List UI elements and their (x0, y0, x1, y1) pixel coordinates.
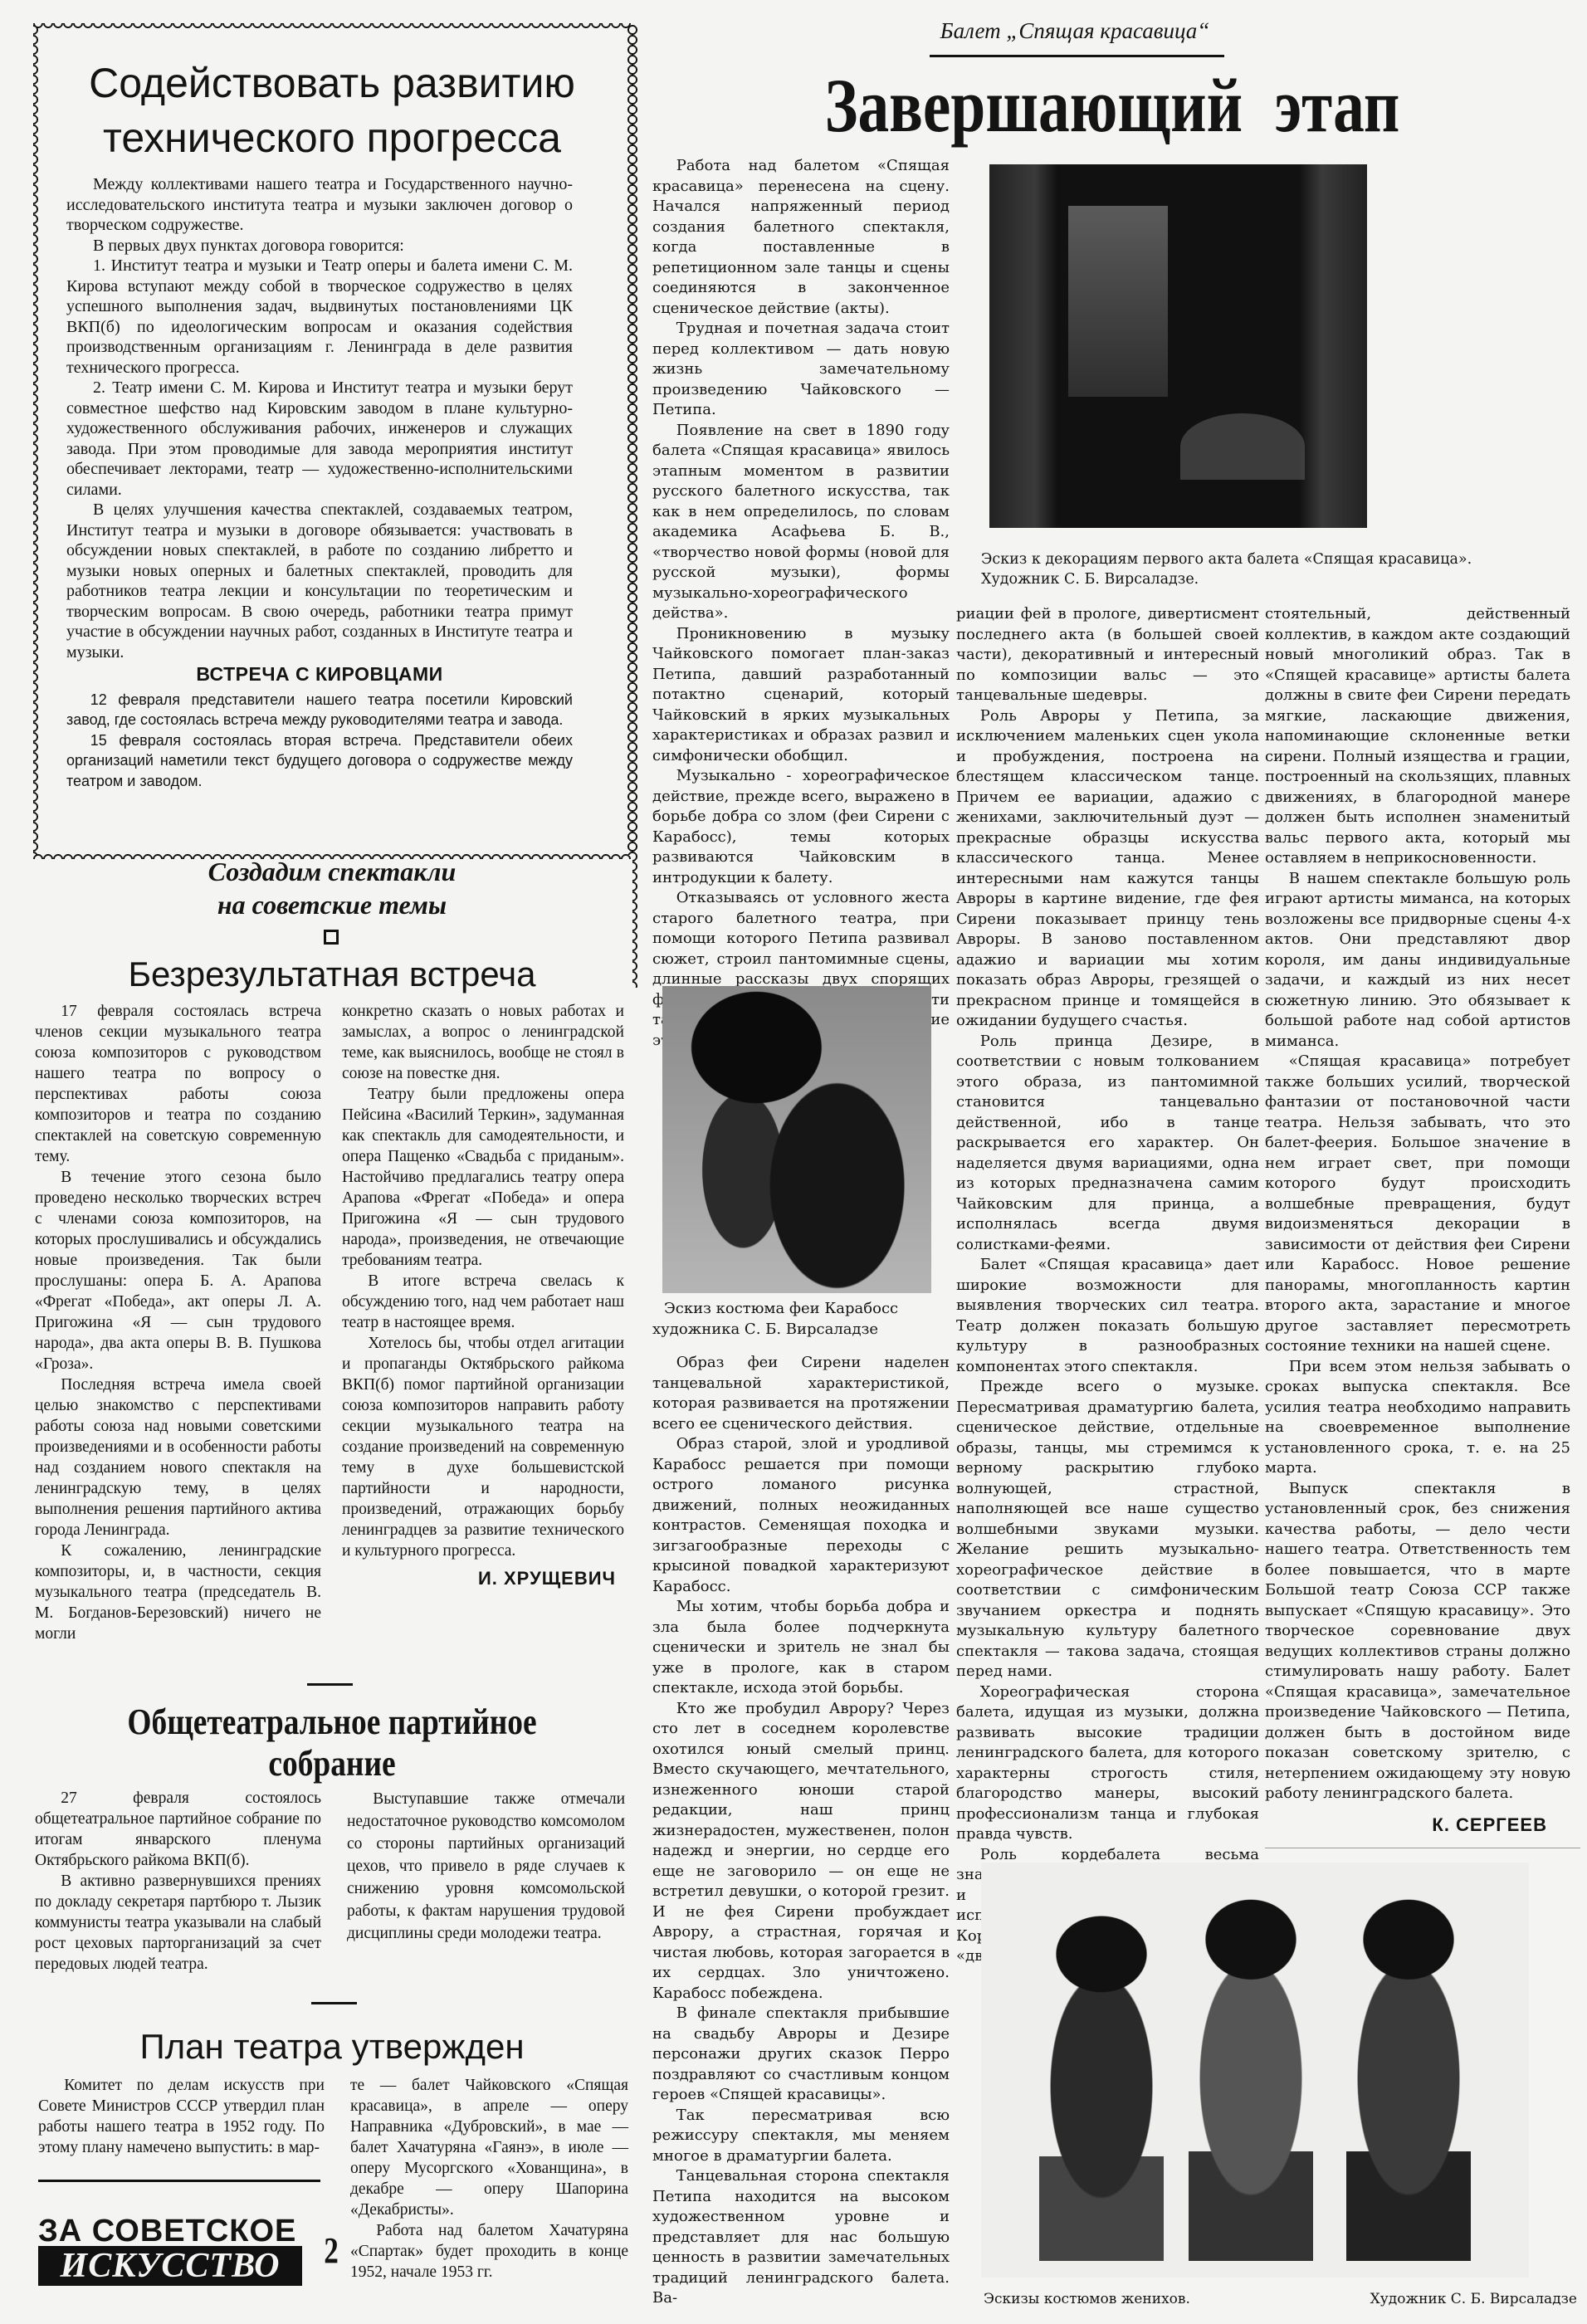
figure-suitor-2 (1189, 1896, 1313, 2261)
photo-set-detail (1180, 413, 1305, 480)
figure-suitor-1 (1039, 1912, 1164, 2261)
photo-set-caption-line1: Эскиз к декорациям первого акта балета «… (981, 549, 1579, 569)
paragraph: Хотелось бы, чтобы отдел агитации и проп… (342, 1333, 624, 1561)
paragraph: К сожалению, ленинградские композиторы, … (35, 1540, 321, 1644)
article-meeting-col1: 17 февраля состоялась встреча членов сек… (35, 1001, 321, 1644)
article-party-title-line1: Общетеатральное партийное (78, 1701, 586, 1743)
paragraph: 2. Театр имени С. М. Кирова и Институт т… (66, 378, 573, 500)
paragraph: Появление на свет в 1890 году балета «Сп… (652, 421, 950, 624)
photo-set-caption-line2: Художник С. Б. Вирсаладзе. (981, 569, 1579, 589)
photo-carabosse-costume-sketch (662, 986, 931, 1293)
article-party-title-line2: собрание (78, 1743, 586, 1784)
paragraph: Балет «Спящая красавица» дает широкие во… (956, 1255, 1259, 1377)
paragraph: Выступавшие также отмечали недостаточное… (347, 1788, 625, 1945)
box-border-top (33, 23, 631, 32)
paragraph: 27 февраля состоялось общетеатральное па… (35, 1788, 321, 1871)
paragraph: Трудная и почетная задача стоит перед ко… (652, 319, 950, 421)
paragraph: 17 февраля состоялась встреча членов сек… (35, 1001, 321, 1167)
paragraph: Театру были предложены опера Пейсина «Ва… (342, 1084, 624, 1271)
paragraph: Последняя встреча имела своей целью знак… (35, 1374, 321, 1540)
photo-suitors-caption: Эскизы костюмов женихов. (984, 2289, 1282, 2309)
paragraph: Проникновению в музыку Чайковского помог… (652, 624, 950, 767)
paragraph: Прежде всего о музыке. Пересматривая дра… (956, 1377, 1259, 1682)
paragraph: В течение этого сезона было проведено не… (35, 1167, 321, 1374)
article-ballet-kicker: Балет „Спящая красавица“ (896, 18, 1253, 44)
author-sergeev: К. СЕРГЕЕВ (1265, 1814, 1547, 1836)
divider (38, 2180, 320, 2182)
paragraph: Мы хотим, чтобы борьба добра и зла была … (652, 1597, 950, 1699)
paragraph: В итоге встреча свелась к обсуждению тог… (342, 1271, 624, 1333)
paragraph: 1. Институт театра и музыки и Театр опер… (66, 256, 573, 378)
article-plan-col2: те — балет Чайковского «Спящая красавица… (350, 2075, 628, 2282)
paragraph: те — балет Чайковского «Спящая красавица… (350, 2075, 628, 2220)
figure-suitor-3 (1346, 1896, 1471, 2261)
article-tech-title-line1: Содействовать развитию (50, 58, 614, 108)
paragraph: Так пересматривая всю режиссуру спектакл… (652, 2106, 950, 2167)
paragraph: В нашем спектакле большую роль играют ар… (1265, 869, 1570, 1052)
paragraph: В финале спектакля прибывшие на свадьбу … (652, 2004, 950, 2106)
square-ornament-icon (324, 930, 339, 945)
paragraph: Образ феи Сирени наделен танцевальной ха… (652, 1353, 950, 1434)
article-ballet-col3: стоятельный, действенный коллектив, в ка… (1265, 604, 1570, 1804)
paragraph: Хореографическая сторона балета, идущая … (956, 1682, 1259, 1845)
photo-carabosse-caption-line2: художника С. Б. Вирсаладзе (652, 1320, 943, 1340)
paragraph: В первых двух пунктах договора говорится… (66, 236, 573, 256)
paragraph: Роль принца Дезире, в соответствии с нов… (956, 1032, 1259, 1256)
paragraph: Кто же пробудил Аврору? Через сто лет в … (652, 1699, 950, 2004)
paragraph: Танцевальная сторона спектакля Петипа на… (652, 2166, 950, 2309)
photo-suitors-costume-sketches (981, 1863, 1529, 2278)
box-border-left (33, 25, 42, 855)
photo-carabosse-caption-line1: Эскиз костюма феи Карабосс (664, 1299, 946, 1319)
article-tech-title-line2: технического прогресса (50, 113, 614, 163)
kicker-underline (930, 55, 1224, 57)
divider (307, 1683, 353, 1686)
photo-set-detail (1068, 206, 1168, 397)
article-ballet-col1: Работа над балетом «Спящая красавица» пе… (652, 156, 950, 1051)
article-meeting-title: Безрезультатная встреча (50, 953, 614, 996)
paragraph: Работа над балетом Хачатуряна «Спартак» … (350, 2220, 628, 2282)
paragraph: стоятельный, действенный коллектив, в ка… (1265, 604, 1570, 869)
masthead-line1: ЗА СОВЕТСКОЕ (38, 2214, 312, 2248)
subheading-meeting-kirov: ВСТРЕЧА С КИРОВЦАМИ (66, 664, 573, 685)
photo-act1-set-design (989, 164, 1367, 528)
paragraph: конкретно сказать о новых работах и замы… (342, 1001, 624, 1084)
column-divider-wavy (632, 25, 641, 988)
article-ballet-col1b: Образ феи Сирени наделен танцевальной ха… (652, 1353, 950, 2309)
article-party-col1: 27 февраля состоялось общетеатральное па… (35, 1788, 321, 1975)
article-plan-col1: Комитет по делам искусств при Совете Мин… (38, 2075, 325, 2158)
paragraph: «Спящая красавица» потребует также больш… (1265, 1052, 1570, 1357)
box-border-right (624, 25, 632, 855)
paragraph: В активно развернувшихся прениях по докл… (35, 1871, 321, 1975)
paragraph: При всем этом нельзя забывать о сроках в… (1265, 1357, 1570, 1479)
paragraph: Комитет по делам искусств при Совете Мин… (38, 2075, 325, 2158)
divider (311, 2002, 357, 2004)
banner-line1: Создадим спектакли (50, 855, 614, 888)
article-plan-title: План театра утвержден (50, 2025, 614, 2068)
article-tech-body: Между коллективами нашего театра и Госуд… (66, 174, 573, 791)
article-ballet-col2: риации фей в прологе, дивертисмент после… (956, 604, 1259, 1967)
paragraph: 12 февраля представители нашего театра п… (66, 690, 573, 730)
paragraph: Выпуск спектакля в установленный срок, б… (1265, 1479, 1570, 1804)
page-number: 2 (324, 2229, 339, 2272)
divider (1265, 1848, 1580, 1848)
paragraph: Между коллективами нашего театра и Госуд… (66, 174, 573, 236)
paragraph: Работа над балетом «Спящая красавица» пе… (652, 156, 950, 319)
article-party-col2: Выступавшие также отмечали недостаточное… (347, 1788, 625, 1945)
article-meeting-col2: конкретно сказать о новых работах и замы… (342, 1001, 624, 1589)
paragraph: риации фей в прологе, дивертисмент после… (956, 604, 1259, 706)
paragraph: Образ старой, злой и уродливой Карабосс … (652, 1434, 950, 1597)
paragraph: В целях улучшения качества спектаклей, с… (66, 500, 573, 662)
paragraph: 15 февраля состоялась вторая встреча. Пр… (66, 730, 573, 792)
paragraph: Музыкально - хореографическое действие, … (652, 766, 950, 888)
masthead-line2: ИСКУССТВО (38, 2246, 302, 2286)
photo-suitors-artist: Художник С. Б. Вирсаладзе (1278, 2289, 1577, 2309)
paragraph: Роль Авроры у Петипа, за исключением мал… (956, 706, 1259, 1032)
banner-line2: на советские темы (50, 888, 614, 921)
author-khrushchevich: И. ХРУЩЕВИЧ (342, 1568, 624, 1589)
